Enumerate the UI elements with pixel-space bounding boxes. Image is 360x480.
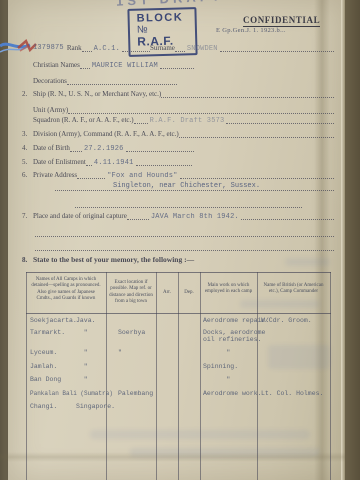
dotted-rule xyxy=(75,198,302,208)
field-private-address: 6. Private Address "Fox and Hounds" xyxy=(22,169,334,179)
field-squadron: Squadron (R. A. F., or A. A. F., etc.) R… xyxy=(22,114,334,124)
camp-work: Aerodrome work. xyxy=(203,390,262,397)
camp-island: " xyxy=(76,363,88,370)
state-memory-label: State to the best of your memory, the fo… xyxy=(33,255,194,264)
camp-location: Soerbya xyxy=(118,329,145,336)
unit-label: Unit (Army) xyxy=(33,106,68,114)
date-of-birth-value: 27.2.1926 xyxy=(82,145,126,153)
squadron-label: Squadron (R. A. F., or A. A. F., etc.) xyxy=(33,116,134,124)
ink-bleed xyxy=(130,448,320,457)
scanned-pow-form: 1ST DRAFT BLOCK № R.A.F. CONFIDENTIAL E … xyxy=(0,0,360,480)
surname-label: Surname xyxy=(150,44,175,52)
dotted-rule xyxy=(35,241,334,251)
date-of-birth-label: Date of Birth xyxy=(33,144,70,152)
field-date-of-birth: 4. Date of Birth 27.2.1926 xyxy=(22,142,194,152)
field-division: 3. Division (Army), Command (R. A. F., A… xyxy=(22,128,334,138)
camp-work: " xyxy=(203,349,230,356)
ship-label: Ship (R. N., U. S. N., or Merchant Navy,… xyxy=(33,90,161,98)
field-unit: Unit (Army) xyxy=(22,104,334,114)
camp-location: Palembang xyxy=(118,390,153,397)
camp-name: Soekjacarta. xyxy=(30,317,77,324)
field-date-of-enlistment: 5. Date of Enlistment 4.11.1941 xyxy=(22,156,192,166)
table-header-location: Exact location if possible. Map ref. or … xyxy=(108,280,154,305)
camp-name: Lyceum. xyxy=(30,349,57,356)
field-decorations: Decorations xyxy=(22,75,177,85)
camp-work: " xyxy=(203,376,230,383)
field-state-memory: 8. State to the best of your memory, the… xyxy=(22,254,334,264)
service-number-value: 1379875 xyxy=(33,44,64,52)
question-number: 5. xyxy=(22,158,33,166)
rank-value: A.C.1. xyxy=(92,45,122,53)
table-row: Lyceum. " " " xyxy=(0,349,360,364)
surname-value: SNOWDEN xyxy=(185,45,220,53)
christian-names-label: Christian Names xyxy=(33,61,80,69)
question-number: 6. xyxy=(22,171,33,179)
field-ship: 2. Ship (R. N., U. S. N., or Merchant Na… xyxy=(22,88,334,98)
decorations-label: Decorations xyxy=(33,77,67,85)
confidential-marking: CONFIDENTIAL xyxy=(243,15,320,27)
field-private-address-line2: Singleton, near Chichester, Sussex. xyxy=(55,181,334,191)
field-christian-names: Christian Names MAURICE WILLIAM xyxy=(22,59,194,69)
reference-code: E Gp.Gen.J. 1. 1923.b... xyxy=(216,27,286,34)
table-row: Ban Dong " " xyxy=(0,376,360,391)
camp-commander: Lt. Col. Holmes. xyxy=(261,390,323,397)
table-header-work: Main work on which employed in each camp xyxy=(202,283,255,296)
camp-location: " xyxy=(118,349,122,356)
camp-work: Docks, aerodrome xyxy=(203,329,265,336)
camp-name: Jamlah. xyxy=(30,363,57,370)
table-header-arr: Arr. xyxy=(157,290,177,296)
question-number: 8. xyxy=(22,256,33,264)
camp-name: Ban Dong xyxy=(30,376,61,383)
table-header-camps: Names of All Camps in which detained—spe… xyxy=(29,277,103,302)
christian-names-value: MAURICE WILLIAM xyxy=(90,62,160,70)
question-number: 2. xyxy=(22,90,33,98)
field-place-of-capture: 7. Place and date of original capture JA… xyxy=(22,210,334,220)
squadron-value: R.A.F. Draft 3573 xyxy=(148,117,227,125)
private-address-label: Private Address xyxy=(33,171,77,179)
camp-work: Spinning. xyxy=(203,363,238,370)
camp-island: Java. xyxy=(76,317,96,324)
table-row: Changi. Singapore. xyxy=(0,403,360,418)
question-number: 7. xyxy=(22,212,33,220)
camp-island: Singapore. xyxy=(76,403,115,410)
camp-name: Tarmarkt. xyxy=(30,329,65,336)
field-number-rank-surname: 1379875 Rank A.C.1. Surname SNOWDEN xyxy=(22,42,334,52)
rank-label: Rank xyxy=(67,44,82,52)
table-row: Tarmarkt. " Soerbya Docks, aerodrome oil… xyxy=(0,329,360,344)
table-header-commander: Name of British (or American etc.), Camp… xyxy=(259,283,328,296)
camp-island: " xyxy=(76,349,88,356)
question-number: 3. xyxy=(22,130,33,138)
private-address-value-line2: Singleton, near Chichester, Sussex. xyxy=(113,182,260,190)
camp-name: Pankalan Bali (Sumatra) xyxy=(30,390,113,397)
table-header-dep: Dep. xyxy=(179,290,199,296)
date-of-enlistment-label: Date of Enlistment xyxy=(33,158,86,166)
camp-commander: W/Cdr. Groom. xyxy=(261,317,312,324)
question-number: 4. xyxy=(22,144,33,152)
place-of-capture-value: JAVA March 8th 1942. xyxy=(149,213,241,221)
camp-name: Changi. xyxy=(30,403,57,410)
camp-work: Aerodrome repair. xyxy=(203,317,269,324)
camp-work-line2: oil refineries. xyxy=(203,336,262,343)
private-address-value: "Fox and Hounds" xyxy=(105,172,179,180)
division-label: Division (Army), Command (R. A. F., A. A… xyxy=(33,130,179,138)
place-of-capture-label: Place and date of original capture xyxy=(33,212,127,220)
dotted-rule xyxy=(35,227,334,237)
ink-bleed xyxy=(240,300,320,308)
date-of-enlistment-value: 4.11.1941 xyxy=(92,159,136,167)
camp-island: " xyxy=(76,329,88,336)
camp-island: " xyxy=(76,376,88,383)
